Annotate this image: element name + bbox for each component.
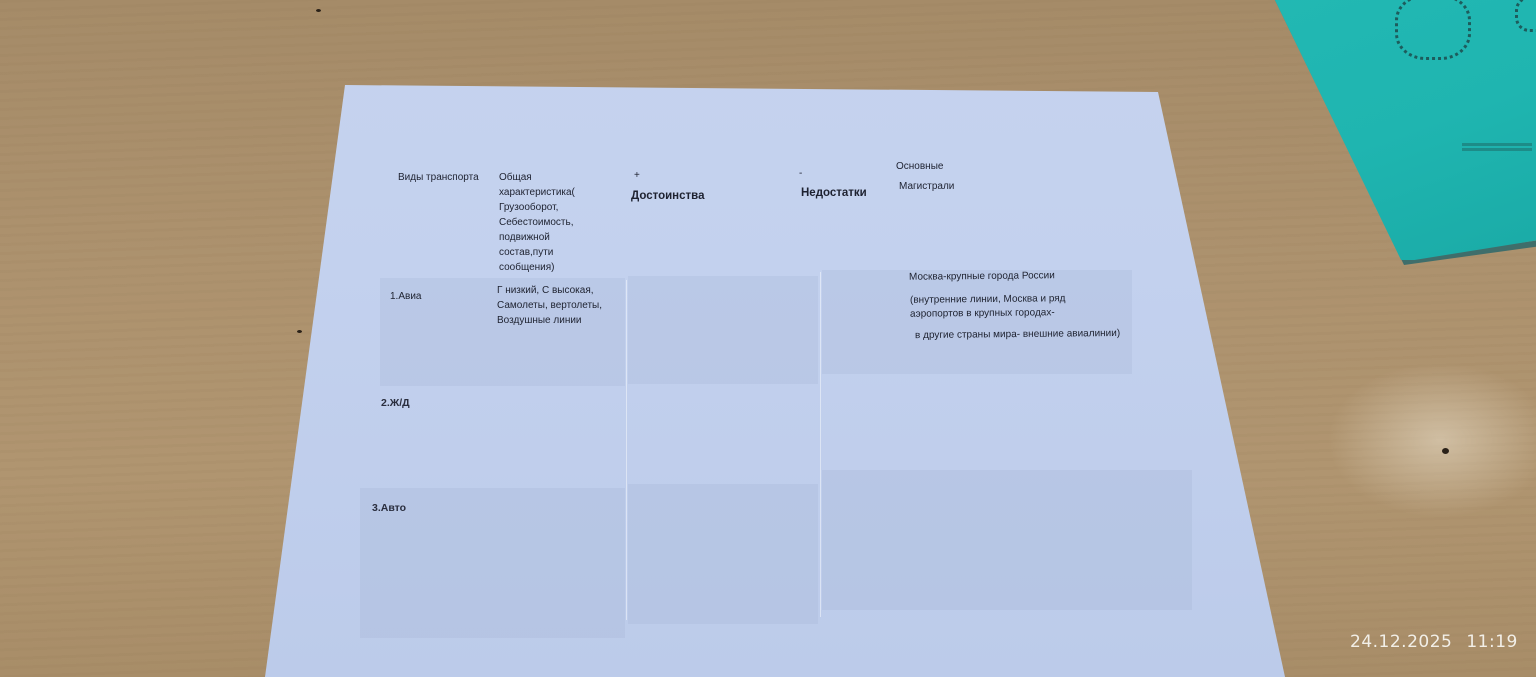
cell-avia-main-line-1: Москва-крупные города России — [909, 268, 1055, 285]
notebook-dotted-logo-icon — [1515, 0, 1536, 32]
header-transport-types: Виды транспорта — [398, 170, 479, 185]
table-column-divider — [626, 280, 627, 620]
table-shade-row3 — [628, 484, 818, 624]
notebook-dotted-logo-icon — [1395, 0, 1471, 60]
header-plus-sign: + — [634, 168, 640, 183]
header-minus-sign: - — [799, 166, 802, 181]
row-label-auto: 3.Авто — [372, 501, 406, 516]
header-advantages: Достоинства — [631, 189, 704, 204]
notebook-cover-text — [1462, 143, 1532, 146]
table-shade-row3 — [822, 470, 1192, 610]
cell-avia-main-line-3: аэропортов в крупных городах- — [910, 305, 1055, 322]
header-disadvantages: Недостатки — [801, 186, 867, 201]
header-general-characteristics: Общая характеристика( Грузооборот, Себес… — [499, 170, 575, 275]
cell-avia-main-line-4: в другие страны мира- внешние авиалинии) — [915, 326, 1120, 343]
header-main-bottom: Магистрали — [899, 179, 954, 194]
table-column-divider — [820, 272, 821, 617]
row-label-railway: 2.Ж/Д — [381, 396, 410, 411]
timestamp-time: 11:19 — [1466, 632, 1518, 652]
cell-avia-general: Г низкий, С высокая, Самолеты, вертолеты… — [497, 283, 602, 328]
timestamp-date: 24.12.2025 — [1350, 632, 1452, 652]
table-shade-row1 — [628, 276, 818, 384]
camera-timestamp: 24.12.202511:19 — [1350, 632, 1518, 652]
desk-speck — [316, 9, 321, 12]
worksheet-paper: Виды транспорта Общая характеристика( Гр… — [0, 0, 1536, 677]
header-main-top: Основные — [896, 159, 943, 174]
desk-speck — [1442, 448, 1449, 454]
table-shade-row1 — [822, 270, 1132, 374]
desk-speck — [297, 330, 302, 333]
row-label-avia: 1.Авиа — [390, 289, 421, 304]
